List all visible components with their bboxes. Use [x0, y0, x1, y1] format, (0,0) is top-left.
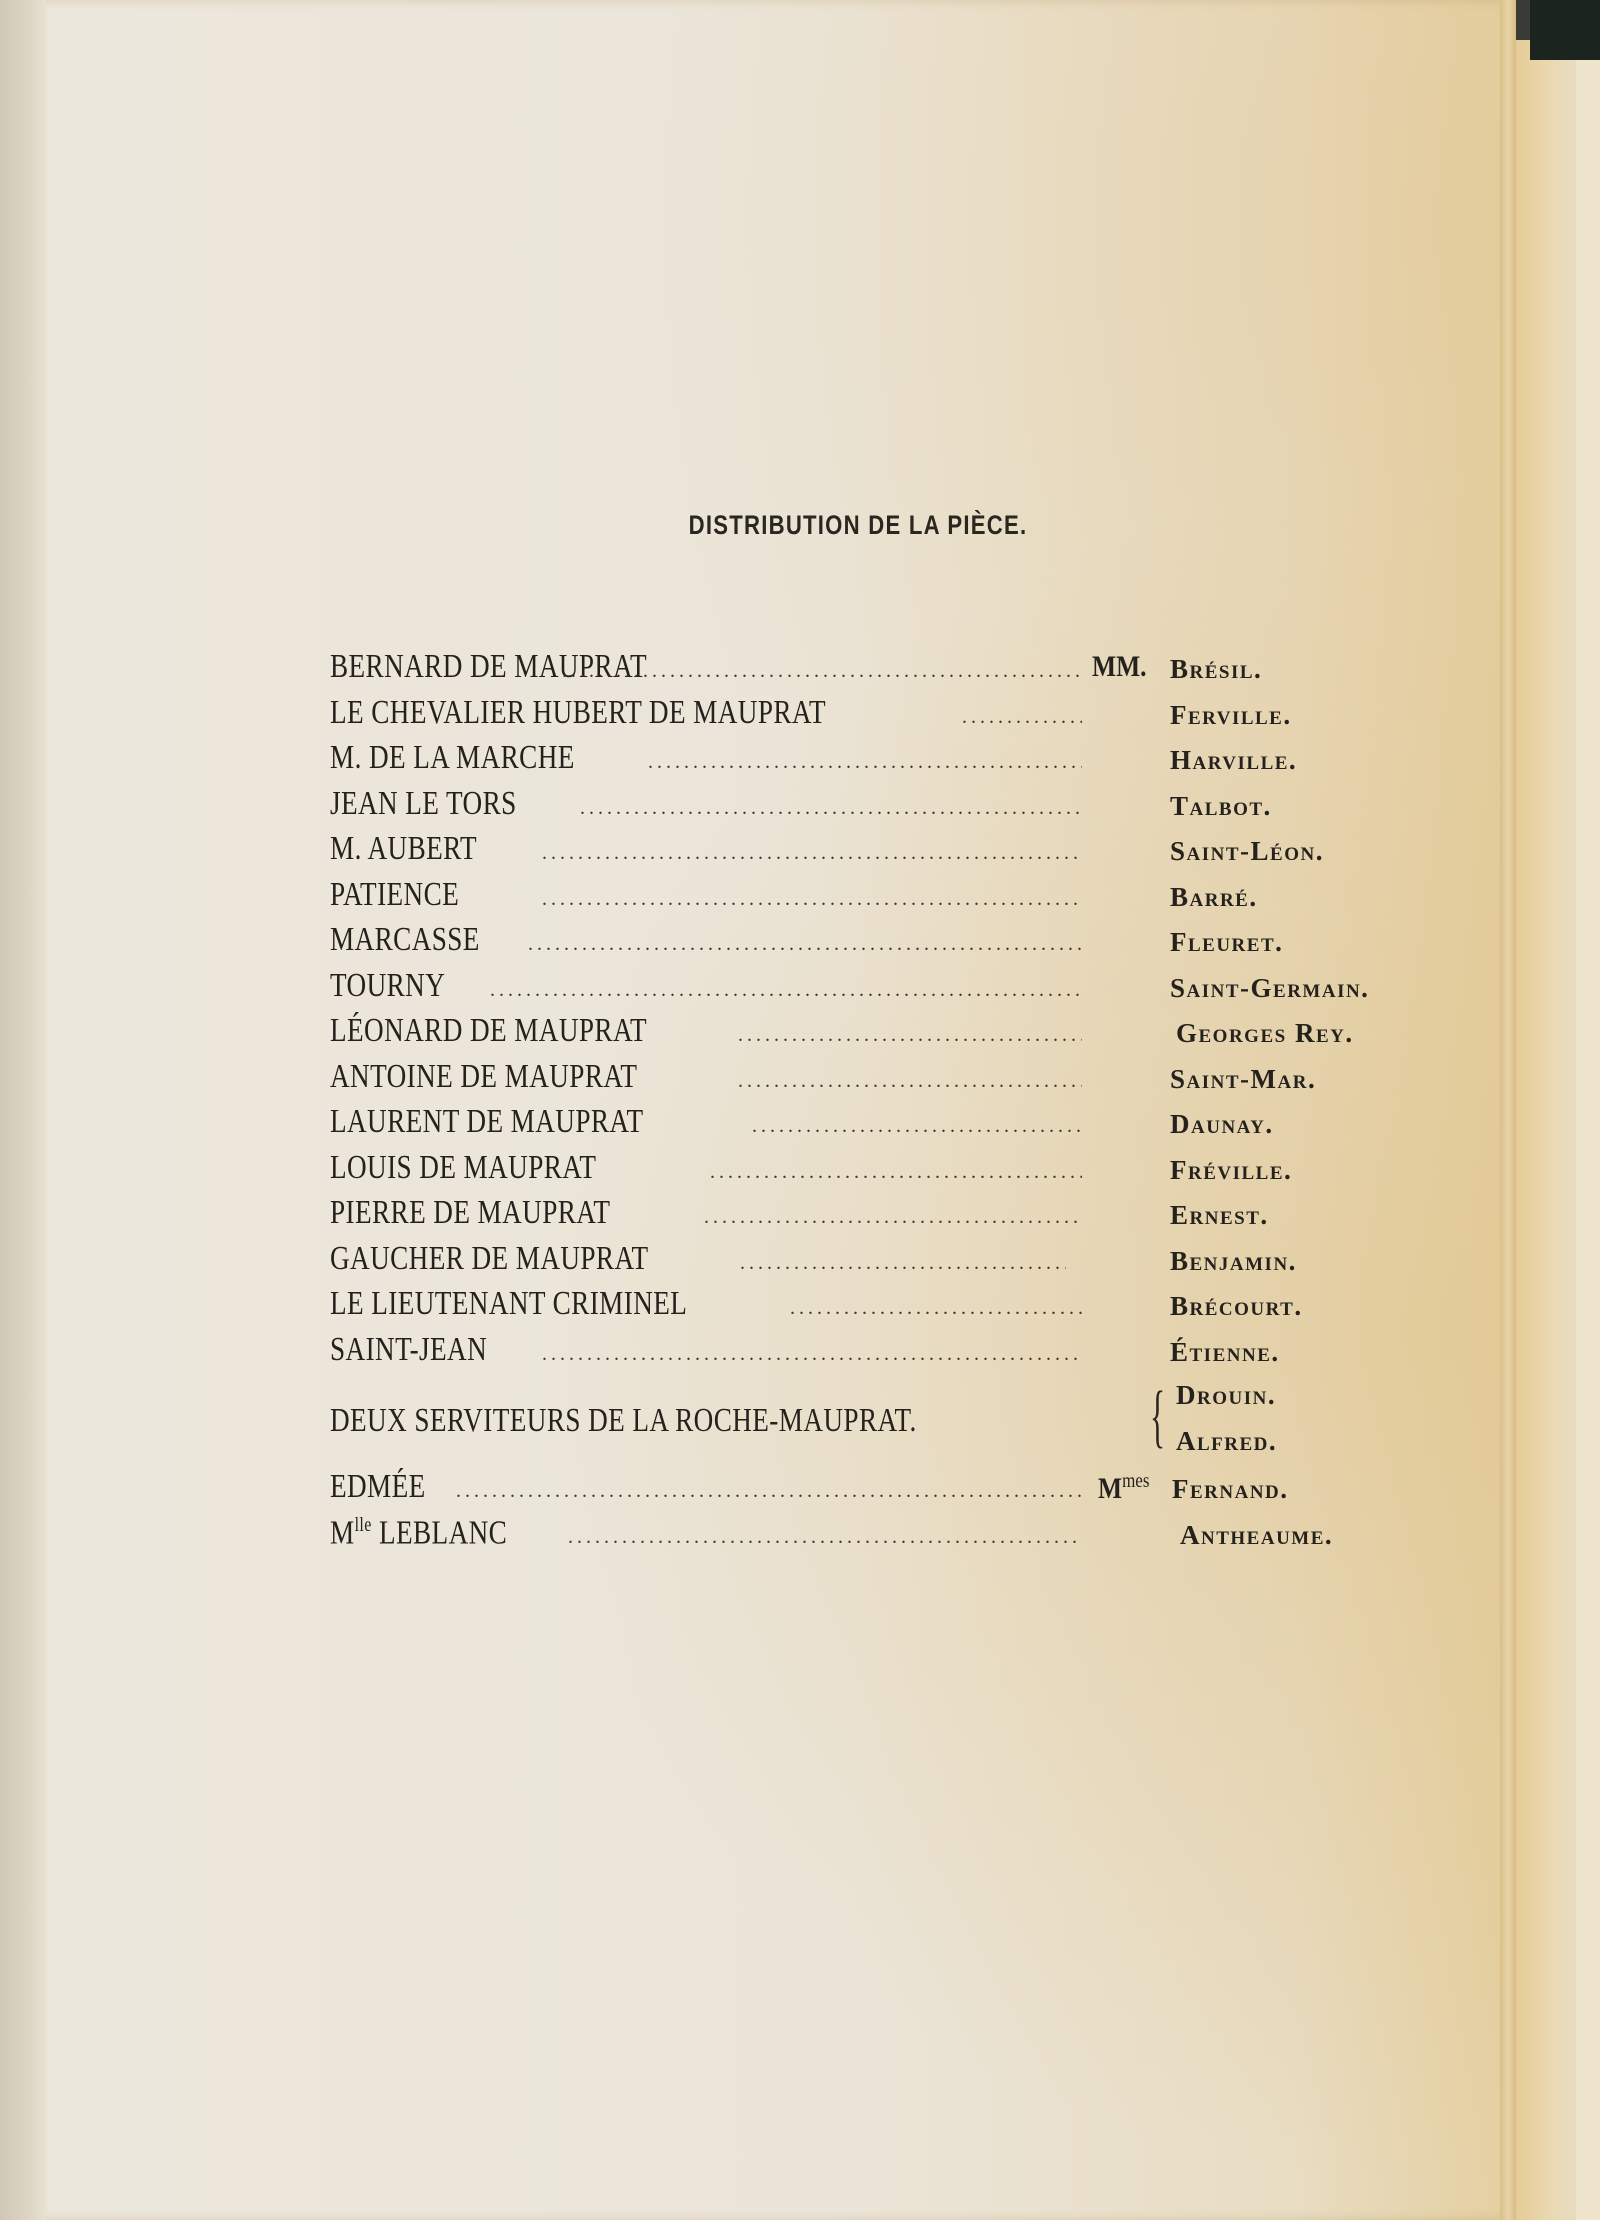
leader-dots: ........................................… [738, 1024, 1082, 1044]
cast-row: LE CHEVALIER HUBERT DE MAUPRAT .........… [330, 694, 1430, 740]
cast-row: MARCASSE ...............................… [330, 921, 1430, 967]
cast-row: M. DE LA MARCHE ........................… [330, 739, 1430, 785]
leader-dots: ........................................… [752, 1115, 1082, 1135]
leader-dots: ........................................… [562, 660, 1082, 680]
prefix-mm: MM. [1092, 650, 1147, 684]
actor-name: Talbot. [1170, 791, 1272, 822]
actor-name: Brécourt. [1170, 1291, 1303, 1322]
cast-row: LE LIEUTENANT CRIMINEL .................… [330, 1285, 1430, 1331]
role-name: LÉONARD DE MAUPRAT [330, 1012, 647, 1050]
role-name: LAURENT DE MAUPRAT [330, 1103, 643, 1141]
leader-dots: ........................................… [542, 842, 1082, 862]
leader-dots: ........................................… [568, 1526, 1082, 1546]
role-name: M. DE LA MARCHE [330, 739, 575, 777]
role-name: PIERRE DE MAUPRAT [330, 1194, 610, 1232]
role-name: LE CHEVALIER HUBERT DE MAUPRAT [330, 694, 826, 732]
cast-row: JEAN LE TORS ...........................… [330, 785, 1430, 831]
leader-dots: ........................................… [542, 1343, 1082, 1363]
role-name: MARCASSE [330, 921, 480, 959]
leader-dots: ........................................… [704, 1206, 1082, 1226]
brace-symbol: { [1150, 1382, 1165, 1452]
cast-row-grouped: DEUX SERVITEURS DE LA ROCHE-MAUPRAT. { D… [330, 1376, 1430, 1468]
cast-row: BERNARD DE MAUPRAT .....................… [330, 648, 1430, 694]
next-page-edge [1516, 40, 1576, 2220]
cast-list: BERNARD DE MAUPRAT .....................… [330, 648, 1430, 1559]
actor-name: Fleuret. [1170, 927, 1283, 958]
actor-name: Fréville. [1170, 1155, 1292, 1186]
cast-row: M. AUBERT ..............................… [330, 830, 1430, 876]
right-page-edge [1576, 60, 1600, 2220]
role-name: TOURNY [330, 967, 445, 1005]
actor-name: Daunay. [1170, 1109, 1274, 1140]
actor-name: Saint-Léon. [1170, 836, 1324, 867]
role-name: GAUCHER DE MAUPRAT [330, 1240, 649, 1278]
cast-row: Mlle LEBLANC ...........................… [330, 1514, 1430, 1560]
actor-name: Drouin. [1176, 1380, 1276, 1411]
leader-dots: ........................................… [738, 1070, 1082, 1090]
book-cover [1530, 0, 1600, 60]
cast-row: LAURENT DE MAUPRAT .....................… [330, 1103, 1430, 1149]
role-name: EDMÉE [330, 1468, 426, 1506]
actor-name: Ernest. [1170, 1200, 1269, 1231]
leader-dots: ........................................… [528, 933, 1082, 953]
leader-dots: ........................................… [648, 751, 1082, 771]
cast-row: LOUIS DE MAUPRAT .......................… [330, 1149, 1430, 1195]
actor-name: Barré. [1170, 882, 1258, 913]
cast-row: ANTOINE DE MAUPRAT .....................… [330, 1058, 1430, 1104]
role-name: M. AUBERT [330, 830, 477, 868]
leader-dots: ........................................… [542, 888, 1082, 908]
role-name: ANTOINE DE MAUPRAT [330, 1058, 637, 1096]
leader-dots: ........................................… [790, 1297, 1082, 1317]
adjacent-page-edge [0, 0, 48, 2220]
actor-name: Brésil. [1170, 654, 1262, 685]
actor-name: Ferville. [1170, 700, 1292, 731]
leader-dots: ........................................… [710, 1161, 1082, 1181]
actor-name: Saint-Mar. [1170, 1064, 1316, 1095]
page-fold [1500, 0, 1516, 2220]
prefix-mmes: Mmes [1098, 1470, 1149, 1506]
page-title: DISTRIBUTION DE LA PIÈCE. [154, 510, 1561, 541]
leader-dots: ........................................… [962, 706, 1082, 726]
actor-name: Antheaume. [1180, 1520, 1333, 1551]
actor-name: Benjamin. [1170, 1246, 1297, 1277]
leader-dots: ........................................… [580, 797, 1082, 817]
leader-dots: ........................................… [456, 1480, 1082, 1500]
actor-name: Harville. [1170, 745, 1297, 776]
role-name: Mlle LEBLANC [330, 1514, 507, 1552]
role-name: LE LIEUTENANT CRIMINEL [330, 1285, 687, 1323]
actor-name: Georges Rey. [1176, 1018, 1354, 1049]
actor-name: Fernand. [1172, 1474, 1289, 1505]
cast-row: GAUCHER DE MAUPRAT .....................… [330, 1240, 1430, 1286]
role-name: LOUIS DE MAUPRAT [330, 1149, 596, 1187]
leader-dots: ........................................… [740, 1252, 1066, 1272]
cast-row: PATIENCE ...............................… [330, 876, 1430, 922]
cast-row: SAINT-JEAN .............................… [330, 1331, 1430, 1377]
role-name: PATIENCE [330, 876, 459, 914]
cast-row: LÉONARD DE MAUPRAT .....................… [330, 1012, 1430, 1058]
role-name: DEUX SERVITEURS DE LA ROCHE-MAUPRAT. [330, 1402, 917, 1440]
cast-row: PIERRE DE MAUPRAT ......................… [330, 1194, 1430, 1240]
cast-row: TOURNY .................................… [330, 967, 1430, 1013]
actor-name: Étienne. [1170, 1337, 1280, 1368]
leader-dots: ........................................… [490, 979, 1082, 999]
role-name: JEAN LE TORS [330, 785, 517, 823]
actor-name: Alfred. [1176, 1426, 1277, 1457]
cast-row: EDMÉE ..................................… [330, 1468, 1430, 1514]
role-name: SAINT-JEAN [330, 1331, 487, 1369]
actor-name: Saint-Germain. [1170, 973, 1369, 1004]
